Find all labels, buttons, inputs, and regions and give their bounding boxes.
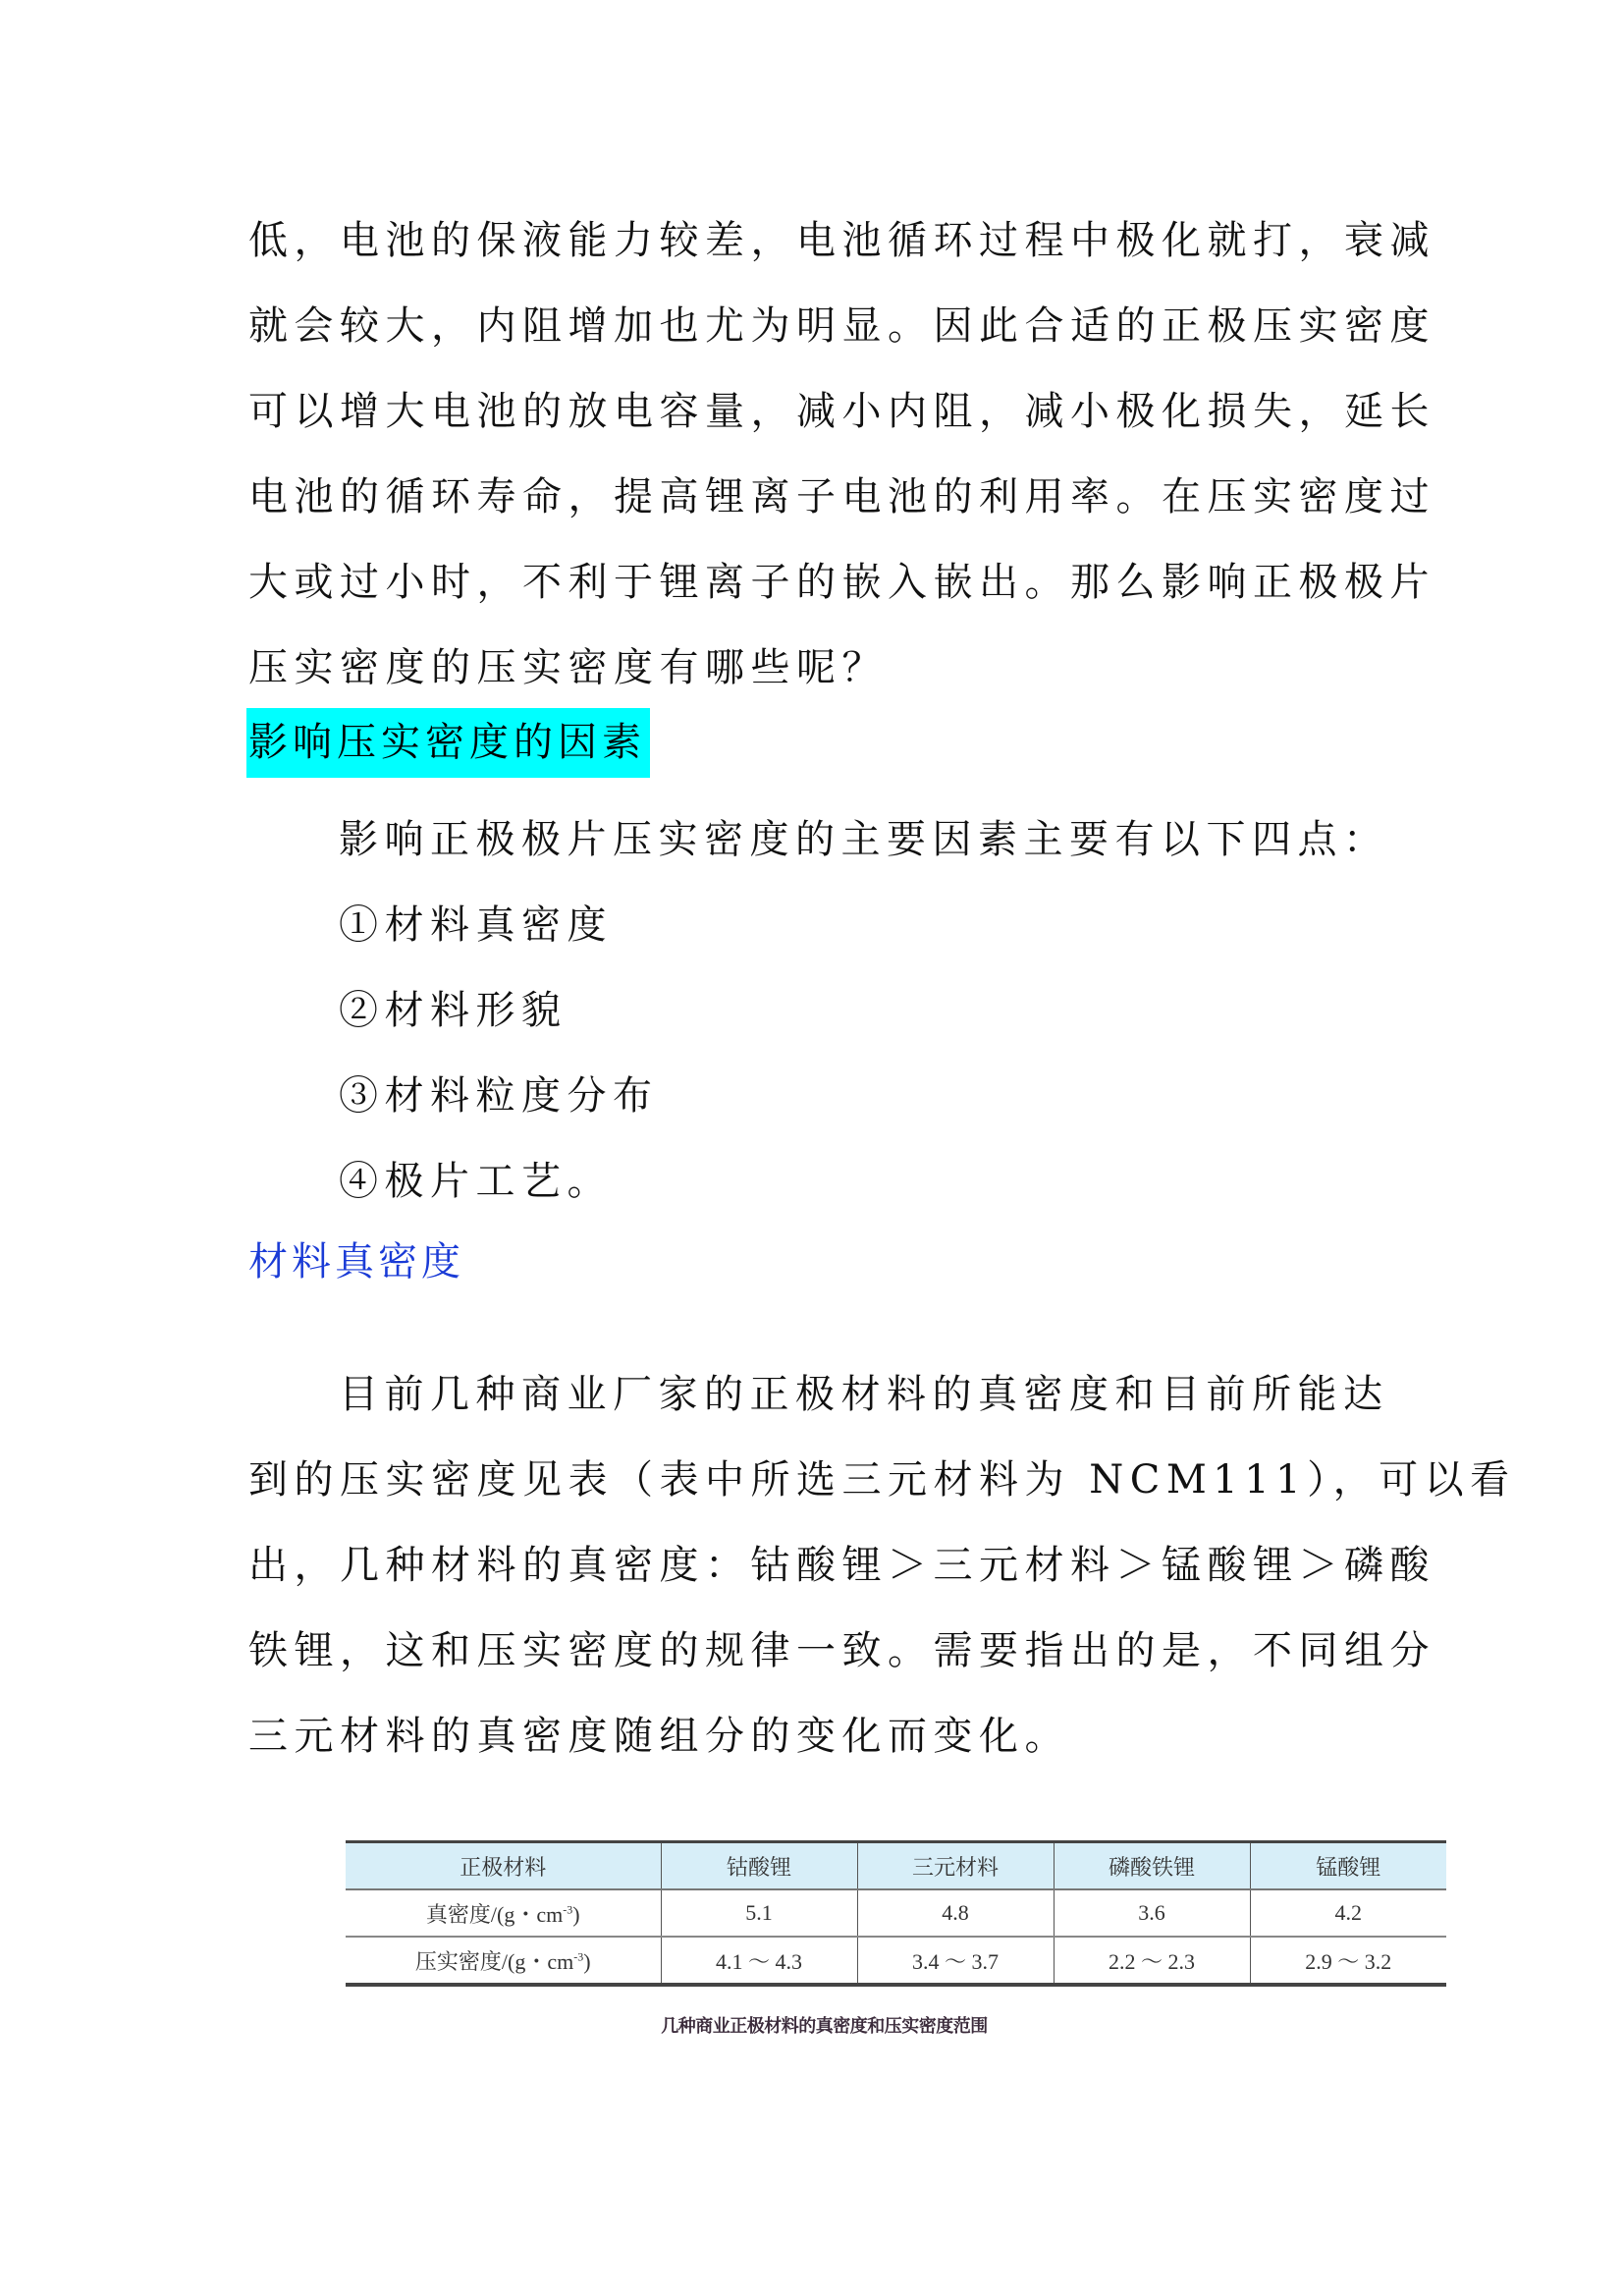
text-line: 到的压实密度见表（表中所选三元材料为 NCM111），可以看 [248, 1438, 1387, 1523]
row-label: 压实密度/(g・cm-3) [346, 1937, 661, 1985]
factor-item: ④极片工艺。 [248, 1139, 1387, 1225]
factors-list: 影响正极极片压实密度的主要因素主要有以下四点： ①材料真密度 ②材料形貌 ③材料… [248, 797, 1387, 1225]
text-line: 可以增大电池的放电容量，减小内阻，减小极化损失，延长 [248, 369, 1387, 455]
factors-intro: 影响正极极片压实密度的主要因素主要有以下四点： [248, 797, 1387, 883]
text-line: 目前几种商业厂家的正极材料的真密度和目前所能达 [248, 1352, 1387, 1438]
unit-superscript: -3 [573, 1949, 583, 1963]
factor-item: ③材料粒度分布 [248, 1054, 1387, 1139]
text-line: 就会较大，内阻增加也尤为明显。因此合适的正极压实密度 [248, 284, 1387, 369]
text-line: 大或过小时，不利于锂离子的嵌入嵌出。那么影响正极极片 [248, 540, 1387, 626]
table-cell: 2.2 ～ 2.3 [1054, 1937, 1250, 1985]
text-line: 压实密度的压实密度有哪些呢？ [248, 626, 1387, 711]
text-line: 出，几种材料的真密度：钴酸锂＞三元材料＞锰酸锂＞磷酸 [248, 1523, 1387, 1609]
table-cell: 4.2 [1250, 1889, 1446, 1937]
table-header-cell: 三元材料 [857, 1842, 1054, 1890]
unit-superscript: -3 [563, 1902, 572, 1916]
table-cell: 4.8 [857, 1889, 1054, 1937]
table-cell: 5.1 [661, 1889, 857, 1937]
table-caption: 几种商业正极材料的真密度和压实密度范围 [0, 2012, 1623, 2038]
table-header-cell: 磷酸铁锂 [1054, 1842, 1250, 1890]
table-header-cell: 钴酸锂 [661, 1842, 857, 1890]
intro-paragraph: 低，电池的保液能力较差，电池循环过程中极化就打，衰减 就会较大，内阻增加也尤为明… [248, 198, 1387, 711]
table-header-cell: 锰酸锂 [1250, 1842, 1446, 1890]
body-paragraph: 目前几种商业厂家的正极材料的真密度和目前所能达 到的压实密度见表（表中所选三元材… [248, 1352, 1387, 1779]
table-cell: 3.4 ～ 3.7 [857, 1937, 1054, 1985]
row-label: 真密度/(g・cm-3) [346, 1889, 661, 1937]
table-row: 真密度/(g・cm-3) 5.1 4.8 3.6 4.2 [346, 1889, 1446, 1937]
table-header-row: 正极材料 钴酸锂 三元材料 磷酸铁锂 锰酸锂 [346, 1842, 1446, 1890]
factor-item: ①材料真密度 [248, 883, 1387, 968]
subheading-true-density: 材料真密度 [248, 1232, 464, 1291]
text-line: 铁锂，这和压实密度的规律一致。需要指出的是，不同组分 [248, 1609, 1387, 1694]
density-table: 正极材料 钴酸锂 三元材料 磷酸铁锂 锰酸锂 真密度/(g・cm-3) 5.1 … [346, 1840, 1446, 1987]
factor-item: ②材料形貌 [248, 968, 1387, 1054]
table-cell: 2.9 ～ 3.2 [1250, 1937, 1446, 1985]
text-line: 三元材料的真密度随组分的变化而变化。 [248, 1694, 1387, 1779]
text-line: 电池的循环寿命，提高锂离子电池的利用率。在压实密度过 [248, 455, 1387, 540]
row-label-text: 压实密度/(g・cm [415, 1949, 573, 1974]
row-label-end: ) [583, 1949, 590, 1974]
text-line: 低，电池的保液能力较差，电池循环过程中极化就打，衰减 [248, 198, 1387, 284]
table-header-cell: 正极材料 [346, 1842, 661, 1890]
document-page: 低，电池的保液能力较差，电池循环过程中极化就打，衰减 就会较大，内阻增加也尤为明… [0, 0, 1623, 2296]
row-label-end: ) [572, 1902, 579, 1927]
row-label-text: 真密度/(g・cm [426, 1902, 563, 1927]
table-row: 压实密度/(g・cm-3) 4.1 ～ 4.3 3.4 ～ 3.7 2.2 ～ … [346, 1937, 1446, 1985]
table-cell: 4.1 ～ 4.3 [661, 1937, 857, 1985]
table-cell: 3.6 [1054, 1889, 1250, 1937]
section-heading: 影响压实密度的因素 [246, 708, 650, 778]
